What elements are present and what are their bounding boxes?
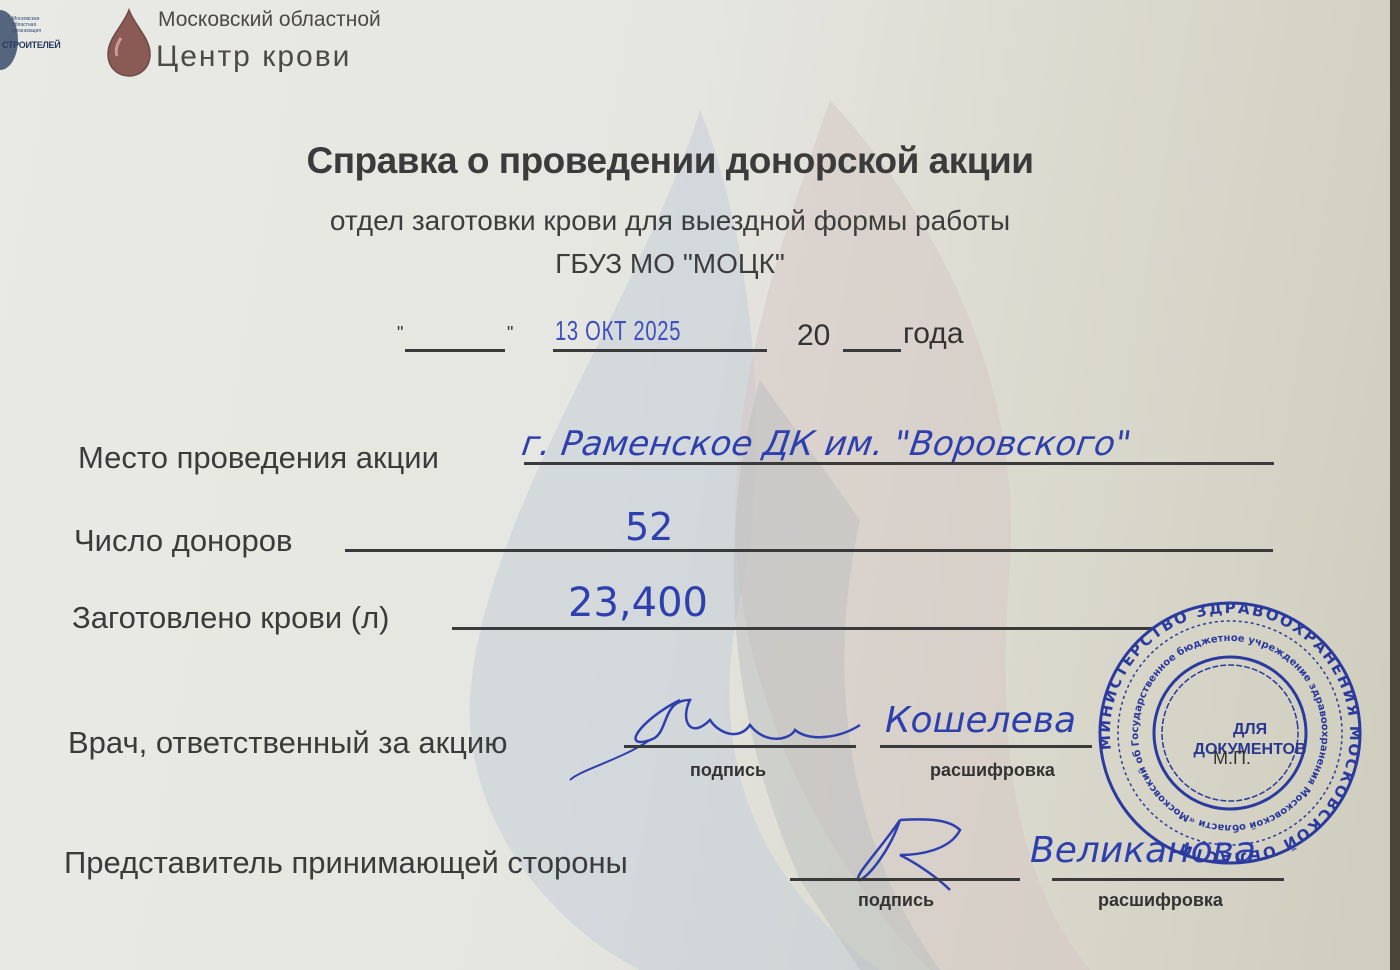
stamp-center: ДЛЯ ДОКУМЕНТОВ М.П.: [1185, 720, 1315, 760]
document-title: Справка о проведении донорской акции: [0, 140, 1340, 182]
partner-logo-caption: Московская областная организация: [12, 16, 52, 34]
mp-label: М.П.: [1213, 748, 1251, 769]
day-field-line[interactable]: [405, 349, 505, 352]
donors-count-value[interactable]: 52: [625, 505, 673, 549]
representative-signature-caption: подпись: [858, 890, 934, 911]
blood-drop-icon: [105, 8, 153, 78]
blood-volume-label: Заготовлено крови (л): [72, 600, 389, 636]
location-field-line: [524, 462, 1274, 465]
doctor-name-line: [880, 745, 1092, 748]
month-field-line[interactable]: [553, 349, 767, 352]
partner-logo: Московская областная организация СТРОИТЕ…: [0, 10, 60, 70]
doctor-signature-line: [624, 745, 856, 748]
doctor-label: Врач, ответственный за акцию: [68, 725, 508, 761]
document-subtitle: отдел заготовки крови для выездной формы…: [0, 205, 1340, 237]
stamped-date: 13 ОКТ 2025: [555, 315, 681, 347]
organization-name: ГБУЗ МО "МОЦК": [0, 248, 1340, 280]
year-field-line[interactable]: [843, 349, 901, 352]
brand-line-1: Московский областной: [158, 8, 381, 32]
year-prefix: 20: [797, 319, 830, 353]
donors-count-field-line: [345, 549, 1273, 552]
donors-count-label: Число доноров: [74, 523, 292, 559]
quote-open: ": [397, 323, 403, 344]
partner-logo-text: СТРОИТЕЛЕЙ: [2, 40, 60, 50]
location-label: Место проведения акции: [78, 440, 439, 476]
blood-volume-field-line: [452, 627, 1152, 630]
representative-label: Представитель принимающей стороны: [64, 845, 628, 881]
location-value[interactable]: г. Раменское ДК им. "Воровского": [519, 424, 1133, 464]
document-page: Московская областная организация СТРОИТЕ…: [0, 0, 1390, 970]
doctor-name-caption: расшифровка: [930, 760, 1055, 781]
stamp-center-line-1: ДЛЯ: [1185, 720, 1315, 740]
blood-volume-value[interactable]: 23,400: [568, 580, 708, 626]
doctor-signature[interactable]: [540, 680, 870, 800]
doctor-name-value[interactable]: Кошелева: [885, 700, 1076, 741]
year-word: года: [903, 317, 964, 351]
representative-signature-line: [790, 878, 1020, 881]
date-row: " " 13 ОКТ 2025 20 года: [395, 315, 1015, 355]
quote-close: ": [507, 323, 513, 344]
representative-name-line: [1052, 878, 1284, 881]
doctor-signature-caption: подпись: [690, 760, 766, 781]
desk-edge: [1390, 0, 1400, 970]
brand-line-2: Центр крови: [156, 40, 351, 74]
representative-name-caption: расшифровка: [1098, 890, 1223, 911]
